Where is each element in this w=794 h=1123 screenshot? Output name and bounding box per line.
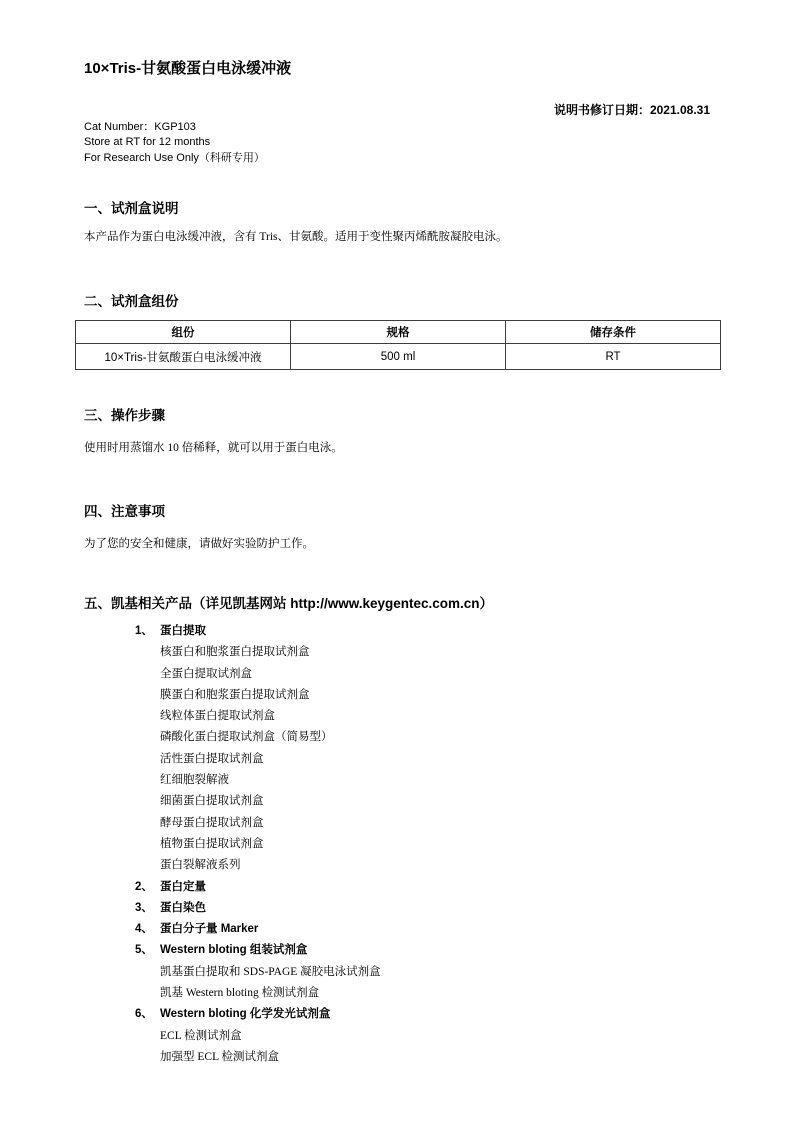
product-category-item: 6、Western bloting 化学发光试剂盒 xyxy=(84,1004,710,1025)
item-label: 活性蛋白提取试剂盒 xyxy=(160,753,264,765)
product-list-item: 凯基 Western bloting 检测试剂盒 xyxy=(84,983,710,1004)
section-5-heading: 五、凯基相关产品（详见凯基网站 http://www.keygentec.com… xyxy=(84,595,710,613)
item-number: 3、 xyxy=(135,898,160,919)
item-label: ECL 检测试剂盒 xyxy=(160,1030,242,1042)
cat-number: Cat Number：KGP103 xyxy=(84,120,710,135)
item-label: 加强型 ECL 检测试剂盒 xyxy=(160,1051,279,1063)
product-list-item: 红细胞裂解液 xyxy=(84,770,710,791)
product-list-item: 植物蛋白提取试剂盒 xyxy=(84,834,710,855)
product-list-item: 凯基蛋白提取和 SDS-PAGE 凝胶电泳试剂盒 xyxy=(84,962,710,983)
table-header-spec: 规格 xyxy=(291,321,506,344)
item-label: Western bloting 组装试剂盒 xyxy=(160,944,307,956)
product-list-item: 线粒体蛋白提取试剂盒 xyxy=(84,706,710,727)
item-label: 核蛋白和胞浆蛋白提取试剂盒 xyxy=(160,646,310,658)
item-number: 6、 xyxy=(135,1004,160,1025)
item-number: 4、 xyxy=(135,919,160,940)
item-label: 蛋白定量 xyxy=(160,881,206,893)
item-label: 膜蛋白和胞浆蛋白提取试剂盒 xyxy=(160,689,310,701)
product-list-item: 酵母蛋白提取试剂盒 xyxy=(84,813,710,834)
product-list-item: 细菌蛋白提取试剂盒 xyxy=(84,791,710,812)
item-label: 蛋白提取 xyxy=(160,625,206,637)
product-list-item: 磷酸化蛋白提取试剂盒（简易型） xyxy=(84,727,710,748)
cell-storage: RT xyxy=(506,344,721,370)
item-label: 植物蛋白提取试剂盒 xyxy=(160,838,264,850)
table-header-component: 组份 xyxy=(76,321,291,344)
product-category-item: 2、蛋白定量 xyxy=(84,877,710,898)
item-label: 红细胞裂解液 xyxy=(160,774,229,786)
product-category-item: 4、蛋白分子量 Marker xyxy=(84,919,710,940)
product-list-item: 活性蛋白提取试剂盒 xyxy=(84,749,710,770)
product-category-item: 1、蛋白提取 xyxy=(84,621,710,642)
item-label: 全蛋白提取试剂盒 xyxy=(160,668,252,680)
components-table: 组份 规格 储存条件 10×Tris-甘氨酸蛋白电泳缓冲液 500 ml RT xyxy=(75,320,721,370)
section-4-body: 为了您的安全和健康，请做好实验防护工作。 xyxy=(84,536,710,552)
research-use-statement: For Research Use Only（科研专用） xyxy=(84,151,710,166)
item-label: 线粒体蛋白提取试剂盒 xyxy=(160,710,275,722)
item-label: 细菌蛋白提取试剂盒 xyxy=(160,795,264,807)
product-list-item: 核蛋白和胞浆蛋白提取试剂盒 xyxy=(84,642,710,663)
product-list-item: 加强型 ECL 检测试剂盒 xyxy=(84,1047,710,1068)
document-page: 10×Tris-甘氨酸蛋白电泳缓冲液 说明书修订日期：2021.08.31 Ca… xyxy=(0,0,794,1123)
table-row: 10×Tris-甘氨酸蛋白电泳缓冲液 500 ml RT xyxy=(76,344,721,370)
revision-date: 说明书修订日期：2021.08.31 xyxy=(84,103,710,118)
product-category-item: 5、Western bloting 组装试剂盒 xyxy=(84,940,710,961)
item-label: 凯基 Western bloting 检测试剂盒 xyxy=(160,987,319,999)
section-2-heading: 二、试剂盒组份 xyxy=(84,293,710,311)
item-number: 2、 xyxy=(135,877,160,898)
product-list-item: 全蛋白提取试剂盒 xyxy=(84,664,710,685)
section-1-heading: 一、试剂盒说明 xyxy=(84,200,710,218)
item-number: 5、 xyxy=(135,940,160,961)
item-label: 凯基蛋白提取和 SDS-PAGE 凝胶电泳试剂盒 xyxy=(160,966,381,978)
table-header-storage: 储存条件 xyxy=(506,321,721,344)
section-1-body: 本产品作为蛋白电泳缓冲液，含有 Tris、甘氨酸。适用于变性聚丙烯酰胺凝胶电泳。 xyxy=(84,229,710,245)
section-3-body: 使用时用蒸馏水 10 倍稀释，就可以用于蛋白电泳。 xyxy=(84,440,710,456)
item-label: 蛋白染色 xyxy=(160,902,206,914)
table-header-row: 组份 规格 储存条件 xyxy=(76,321,721,344)
section-3-heading: 三、操作步骤 xyxy=(84,407,710,425)
item-label: 磷酸化蛋白提取试剂盒（简易型） xyxy=(160,731,333,743)
item-label: Western bloting 化学发光试剂盒 xyxy=(160,1008,330,1020)
product-list-item: 膜蛋白和胞浆蛋白提取试剂盒 xyxy=(84,685,710,706)
cell-component-name: 10×Tris-甘氨酸蛋白电泳缓冲液 xyxy=(76,344,291,370)
item-label: 蛋白分子量 Marker xyxy=(160,923,258,935)
item-label: 蛋白裂解液系列 xyxy=(160,859,241,871)
document-title: 10×Tris-甘氨酸蛋白电泳缓冲液 xyxy=(84,59,710,79)
product-list-item: ECL 检测试剂盒 xyxy=(84,1026,710,1047)
item-number: 1、 xyxy=(135,621,160,642)
section-4-heading: 四、注意事项 xyxy=(84,503,710,521)
related-products-list: 1、蛋白提取 核蛋白和胞浆蛋白提取试剂盒 全蛋白提取试剂盒 膜蛋白和胞浆蛋白提取… xyxy=(84,621,710,1068)
cell-spec: 500 ml xyxy=(291,344,506,370)
product-meta: Cat Number：KGP103 Store at RT for 12 mon… xyxy=(84,120,710,166)
storage-info: Store at RT for 12 months xyxy=(84,135,710,150)
product-list-item: 蛋白裂解液系列 xyxy=(84,855,710,876)
product-category-item: 3、蛋白染色 xyxy=(84,898,710,919)
item-label: 酵母蛋白提取试剂盒 xyxy=(160,817,264,829)
